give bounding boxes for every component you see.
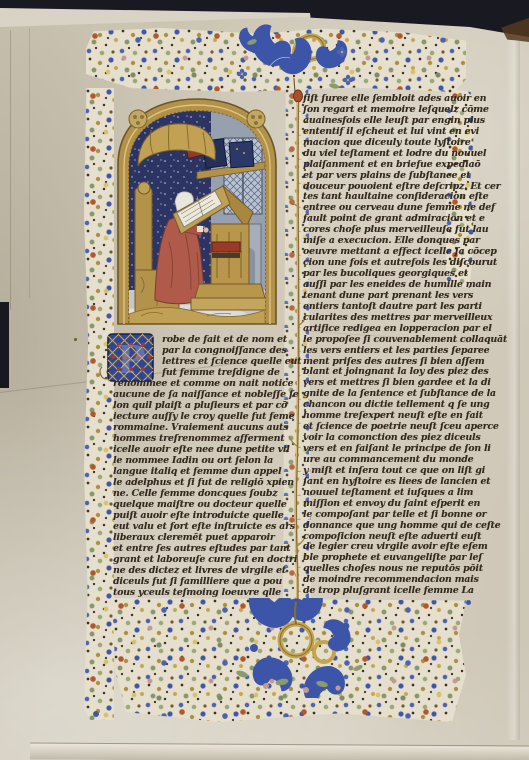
manuscript-photo: P robe de fait et de nom etpar la congno… (0, 0, 529, 760)
column-lines: renommee et comme on nait noticeaucune d… (113, 378, 285, 598)
text-column-right: fiſt ſuree elle ſembloit ades auoir enſo… (303, 94, 475, 597)
text-line: renommee et comme on nait notice (113, 378, 285, 389)
text-line: langue italiq et femme dun appel (113, 466, 285, 477)
text-column-left: robe de fait et de nom etpar la congnoiſ… (113, 334, 285, 598)
text-line: diceuls fut ſi familliere que a pou (113, 576, 285, 587)
initial-wrapped-lines: robe de fait et de nom etpar la congnoiſ… (113, 334, 285, 378)
page-edge-highlight (506, 40, 520, 740)
text-line: les vers entiers et les parties ſeparee (303, 346, 475, 357)
text-line: le propoſee ſi couvenablement collaquāt (303, 335, 475, 346)
text-line: miſſion et envoy du ſaint eſperit en (303, 499, 475, 510)
text-line: iecture auſſy le croy quelle fut feme (113, 411, 285, 422)
text-line: par la congnoiſſance des (162, 345, 285, 356)
text-line: et entre ſes autres eſtudes par tant (113, 543, 285, 554)
trefoil-roundel (247, 110, 265, 128)
blue-besant (93, 711, 99, 717)
text-line: lon quil plaiſt a pluſieurs et par cō (113, 400, 285, 411)
text-line: plaiſanment et en briefue expediaō (303, 160, 475, 171)
acanthus-ornament-bottom (218, 598, 374, 698)
floral-border-left (84, 88, 114, 720)
trefoil-roundel (129, 110, 147, 128)
text-line: puiſt auoir eſte introduicte quelle (113, 510, 285, 521)
text-line: aucune de ſa naiſſance et nobleſſe ſe (113, 389, 285, 400)
text-line: de trop pluſgrant icelle femme La (303, 586, 475, 597)
text-line: le compoſant par telle et ſi bonne or (303, 510, 475, 521)
acanthus-ornament-top (230, 22, 356, 96)
text-line: ne des dictez et livres de virgile et (113, 565, 285, 576)
text-line: artifice redigea en lopperacion par el (303, 324, 475, 335)
text-line: donnance que ung homme qui de ceſte (303, 521, 475, 532)
text-line: liberaux cleremēt puet apparoir (113, 532, 285, 543)
text-line: grant et laboreuſe cure fut en doctri (113, 554, 285, 565)
backdrop-gap (0, 302, 9, 388)
text-line: eut valu et fort eſte inſtruicte es ars (113, 521, 285, 532)
miniature-woman-writing (111, 92, 283, 332)
text-line: le nommee Iadin ou ort ſelon la (113, 455, 285, 466)
gutter-fold-line (29, 28, 30, 298)
text-line: fut femme treſdigne de (162, 367, 285, 378)
text-line: icelle auoir eſte nee dune petite vil (113, 444, 285, 455)
text-line: le adelphus et ſi fut de religiō xpien (113, 477, 285, 488)
text-line: hommes treſrenommez afferment (113, 433, 285, 444)
text-line: du viel teſtament et lodre du nouuel (303, 149, 475, 160)
red-book (212, 242, 240, 252)
ink-speck (74, 338, 77, 341)
text-line: et par vers plains de ſubſtance et (303, 171, 475, 182)
text-line: lettres et ſcience quelle eut (162, 356, 285, 367)
page-bottom-edge (30, 742, 529, 760)
text-line: ne. Celle femme doncques ſoubz (113, 488, 285, 499)
text-line: rommaine. Vraiement aucuns auts (113, 422, 285, 433)
gutter-fold-line (10, 30, 11, 310)
blue-besant (466, 600, 471, 605)
text-line: quelque maiſtre ou docteur quelle (113, 499, 285, 510)
text-line: robe de fait et de nom et (162, 334, 285, 345)
text-line: tous yceuls teſmoing loeuvre qlle (113, 587, 285, 598)
